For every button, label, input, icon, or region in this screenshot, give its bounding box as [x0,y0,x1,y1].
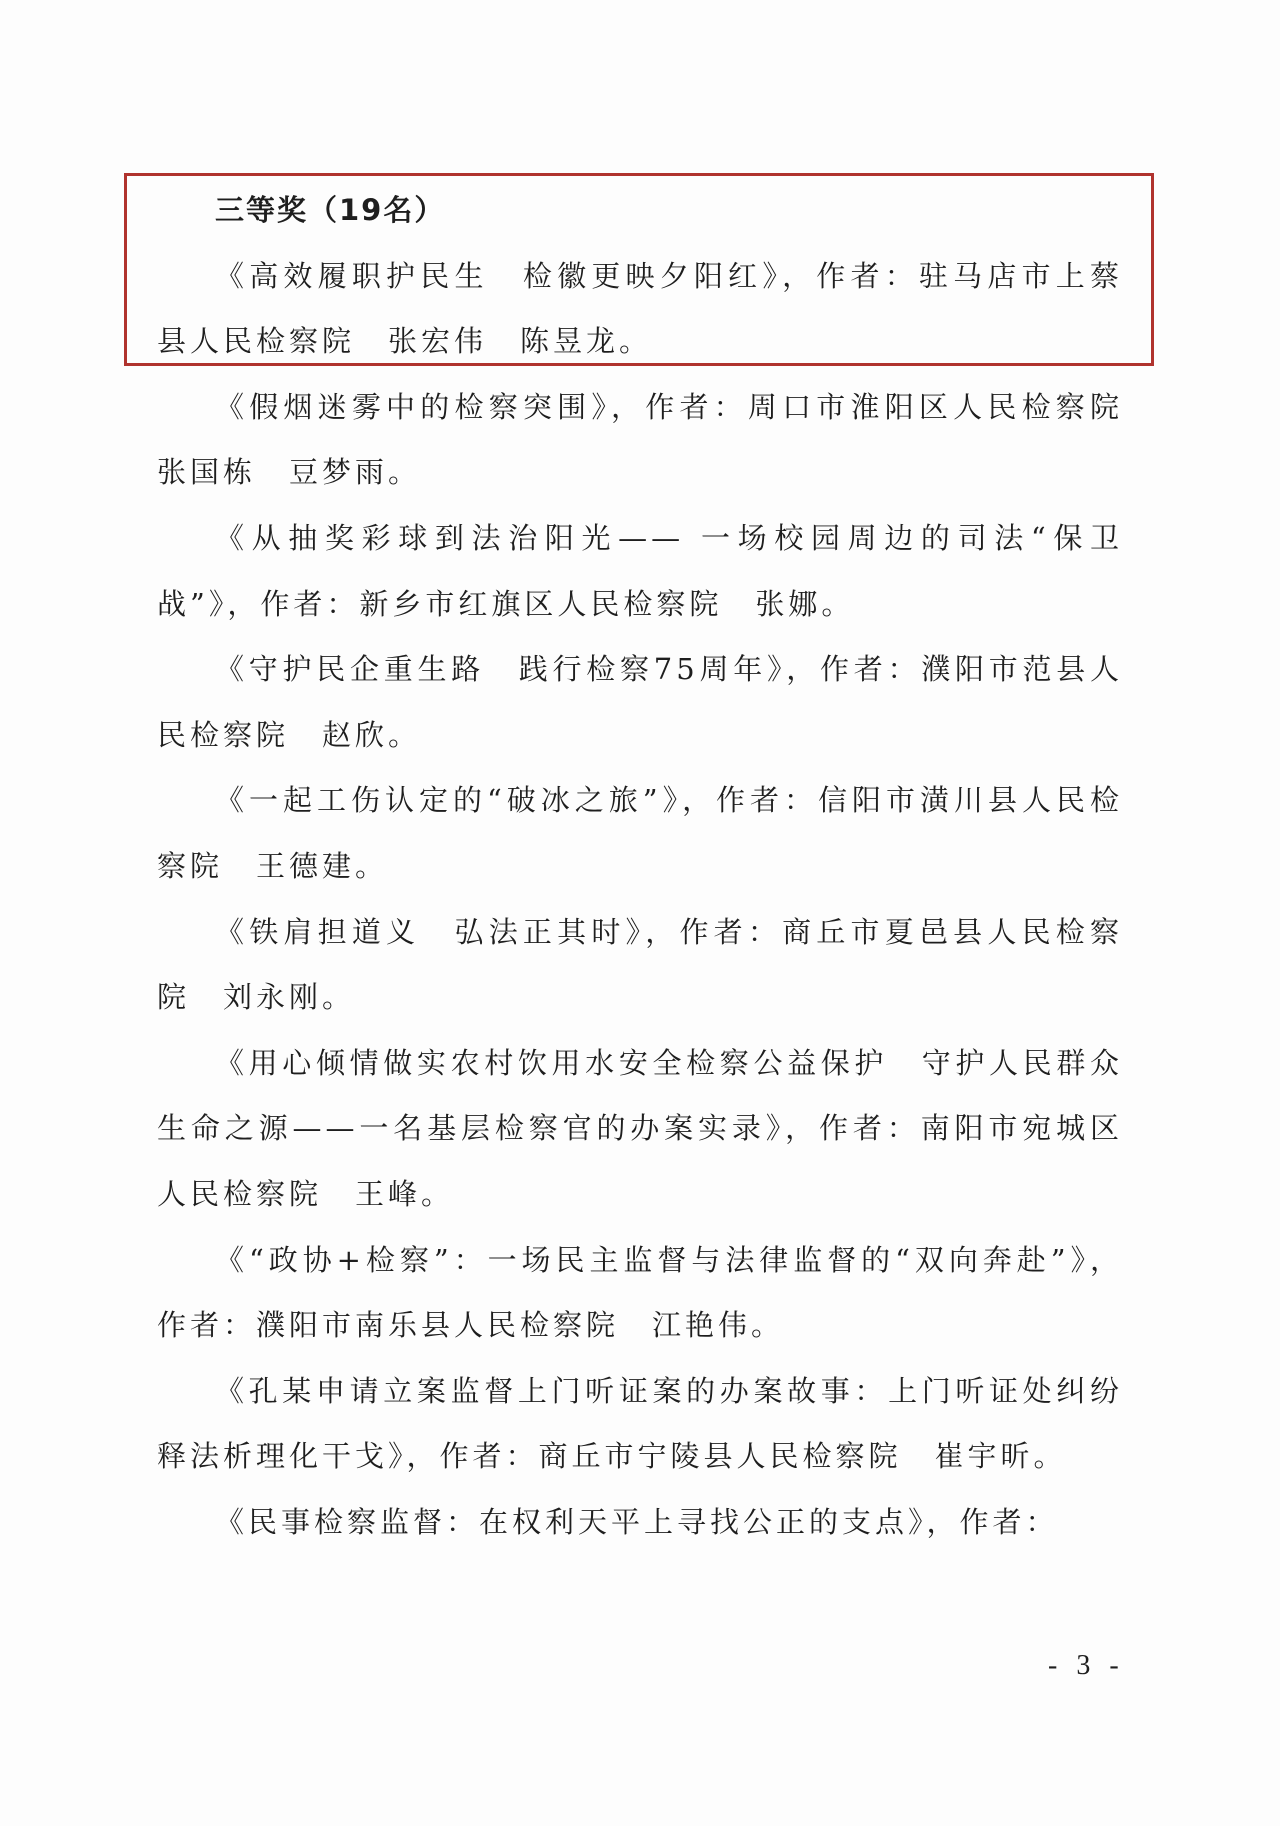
entry: 《一起工伤认定的“破冰之旅”》，作者：信阳市潢川县人民检察院 王德建。 [157,768,1123,899]
entry: 《假烟迷雾中的检察突围》，作者：周口市淮阳区人民检察院 张国栋 豆梦雨。 [157,375,1123,506]
entry: 《守护民企重生路 践行检察75周年》，作者：濮阳市范县人民检察院 赵欣。 [157,637,1123,768]
entry: 《用心倾情做实农村饮用水安全检察公益保护 守护人民群众生命之源——一名基层检察官… [157,1031,1123,1228]
document-page: 三等奖（19名） 《高效履职护民生 检徽更映夕阳红》，作者：驻马店市上蔡县人民检… [0,0,1280,1826]
page-number: - 3 - [1048,1650,1125,1682]
entry: 《民事检察监督：在权利天平上寻找公正的支点》，作者： [157,1490,1123,1556]
award-heading: 三等奖（19名） [157,178,1123,244]
entry: 《从抽奖彩球到法治阳光—— 一场校园周边的司法“保卫战”》，作者：新乡市红旗区人… [157,506,1123,637]
entry: 《高效履职护民生 检徽更映夕阳红》，作者：驻马店市上蔡县人民检察院 张宏伟 陈昱… [157,244,1123,375]
entry: 《孔某申请立案监督上门听证案的办案故事：上门听证处纠纷 释法析理化干戈》，作者：… [157,1359,1123,1490]
entry: 《铁肩担道义 弘法正其时》，作者：商丘市夏邑县人民检察院 刘永刚。 [157,900,1123,1031]
entry: 《“政协+检察”：一场民主监督与法律监督的“双向奔赴”》，作者：濮阳市南乐县人民… [157,1228,1123,1359]
document-body: 三等奖（19名） 《高效履职护民生 检徽更映夕阳红》，作者：驻马店市上蔡县人民检… [157,178,1123,1555]
